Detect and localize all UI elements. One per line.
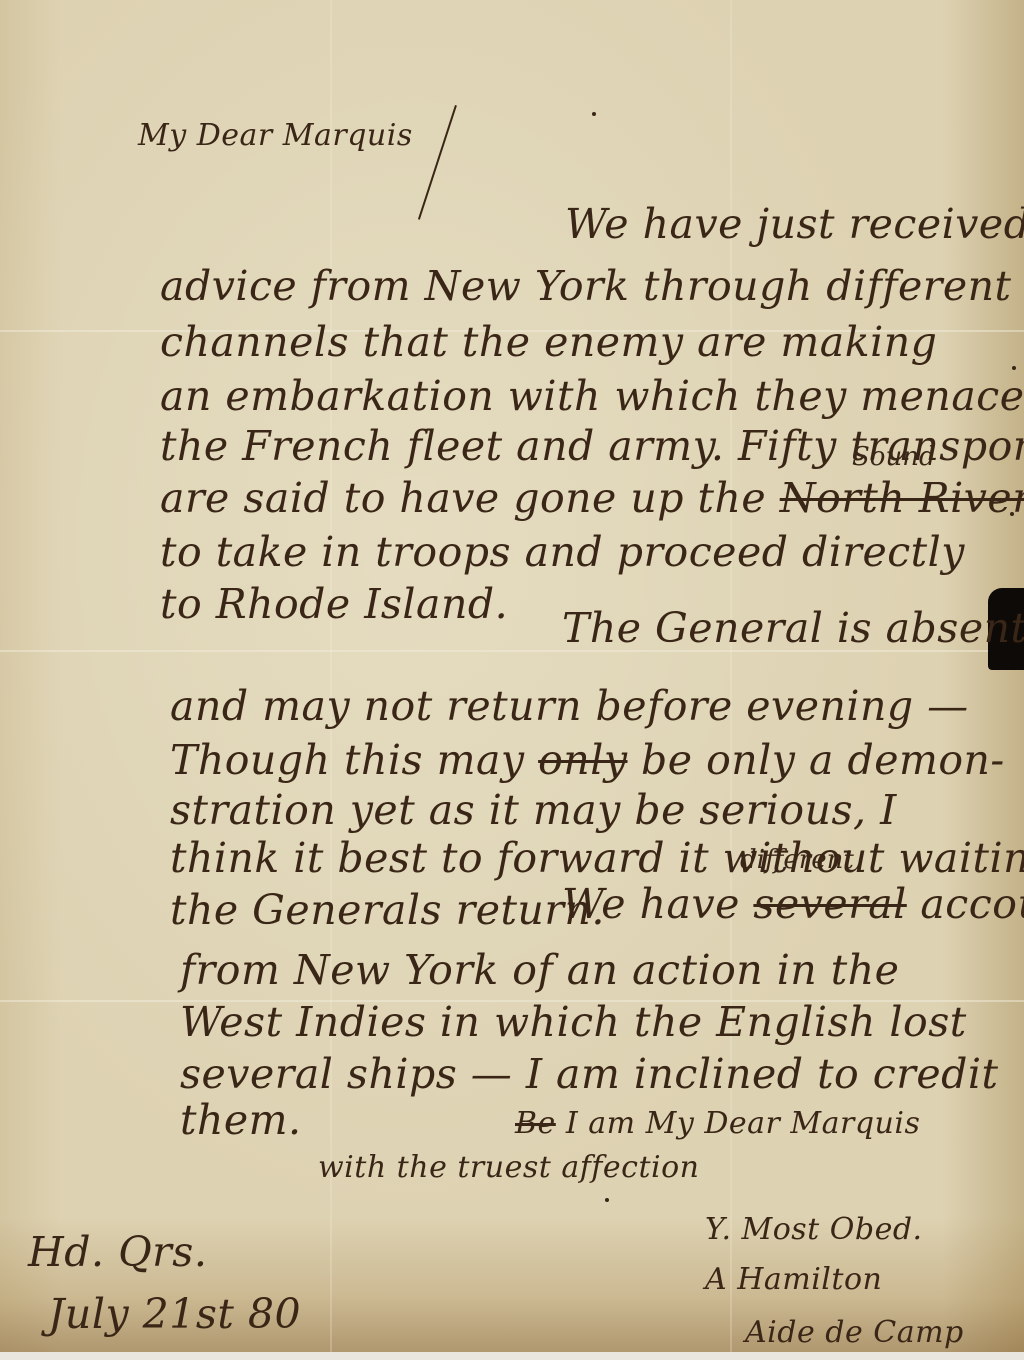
body-line: stration yet as it may be serious, I xyxy=(170,786,897,834)
body-line: We have several accounts xyxy=(562,880,1024,928)
salutation-slash-mark xyxy=(418,105,457,220)
body-line: West Indies in which the English lost xyxy=(180,998,967,1046)
body-line: from New York of an action in the xyxy=(180,946,899,994)
ink-dot xyxy=(592,112,596,116)
body-line: advice from New York through different xyxy=(160,262,1012,310)
dateline-place: Hd. Qrs. xyxy=(28,1228,207,1276)
body-line: The General is absent xyxy=(562,604,1024,652)
ink-dot xyxy=(1010,512,1014,516)
valediction: Y. Most Obed. xyxy=(705,1212,923,1247)
body-line: several ships — I am inclined to credit xyxy=(180,1050,998,1098)
struck-text: several xyxy=(753,880,906,928)
body-line: Though this may only be only a demon- xyxy=(170,736,1005,784)
body-text: Though this may xyxy=(170,736,538,784)
dateline-date: July 21st 80 xyxy=(48,1290,301,1338)
signature-title: Aide de Camp xyxy=(745,1315,964,1350)
body-line: an embarkation with which they menace xyxy=(160,372,1024,420)
body-text: accounts xyxy=(907,880,1024,928)
letter-paper: My Dear Marquis We have just received ad… xyxy=(0,0,1024,1352)
body-line: to Rhode Island. xyxy=(160,580,508,628)
body-line: them. xyxy=(180,1096,302,1144)
signature-name: A Hamilton xyxy=(705,1262,882,1297)
closing-text: I am My Dear Marquis xyxy=(566,1106,921,1141)
struck-text: only xyxy=(538,736,627,784)
body-text: We have xyxy=(562,880,753,928)
closing-line: Be I am My Dear Marquis xyxy=(515,1106,920,1141)
closing-line: with the truest affection xyxy=(318,1150,700,1185)
interlined-correction: Sound xyxy=(852,442,936,472)
body-line: to take in troops and proceed directly xyxy=(160,528,965,576)
body-text: are said to have gone up the xyxy=(160,474,780,522)
struck-text: North River xyxy=(780,474,1024,522)
scan-border xyxy=(0,1352,1024,1360)
interlined-correction: different xyxy=(740,845,854,875)
body-line: and may not return before evening — xyxy=(170,682,969,730)
body-line: the Generals return. xyxy=(170,886,605,934)
body-line: We have just received xyxy=(565,200,1024,248)
body-line: are said to have gone up the North River xyxy=(160,474,1024,522)
body-line: think it best to forward it without wait… xyxy=(170,834,1024,882)
ink-dot xyxy=(605,1198,609,1202)
ink-dot xyxy=(1012,366,1016,370)
body-text: be only a demon- xyxy=(628,736,1005,784)
salutation: My Dear Marquis xyxy=(138,118,413,153)
struck-text: Be xyxy=(515,1106,556,1141)
body-line: channels that the enemy are making xyxy=(160,318,937,366)
